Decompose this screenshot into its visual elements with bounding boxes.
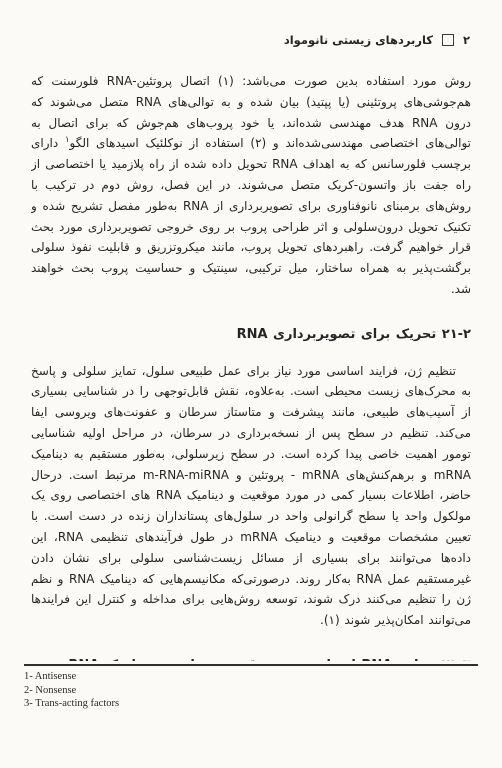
running-title: کاربردهای زیستی نانومواد	[284, 33, 433, 47]
section-heading: ۲۱-۳ تنظیم RNA از راه تعیین موقعیت فضایی…	[31, 656, 471, 661]
footnotes-section: 1- Antisense2- Nonsense3- Trans-acting f…	[24, 664, 478, 711]
footnote-list: 1- Antisense2- Nonsense3- Trans-acting f…	[24, 670, 478, 711]
page-body: روش مورد استفاده بدین صورت می‌باشد: (۱) …	[31, 71, 471, 661]
paragraph: روش مورد استفاده بدین صورت می‌باشد: (۱) …	[31, 71, 471, 300]
footnote-item: 3- Trans-acting factors	[24, 697, 478, 711]
footnote-separator	[24, 664, 478, 666]
paragraph: تنظیم ژن، فرایند اساسی مورد نیاز برای عم…	[31, 361, 471, 631]
section-number: ۲۱-۲	[442, 327, 471, 342]
footnote-item: 1- Antisense	[24, 670, 478, 684]
section-heading: ۲۱-۲ تحریک برای تصویربرداری RNA	[31, 325, 471, 346]
book-page: ۲ کاربردهای زیستی نانومواد روش مورد استف…	[0, 0, 502, 768]
page-number: ۲	[463, 33, 470, 47]
footnote-item: 2- Nonsense	[24, 684, 478, 698]
square-bullet-icon	[442, 34, 454, 46]
section-title: تحریک برای تصویربرداری RNA	[237, 327, 437, 342]
page-header: ۲ کاربردهای زیستی نانومواد	[32, 33, 470, 47]
section-title: تنظیم RNA از راه تعیین موقعیت فضایی و دی…	[68, 658, 436, 661]
footnote-marker: ۱	[65, 135, 70, 145]
section-number: ۲۱-۳	[442, 658, 471, 661]
